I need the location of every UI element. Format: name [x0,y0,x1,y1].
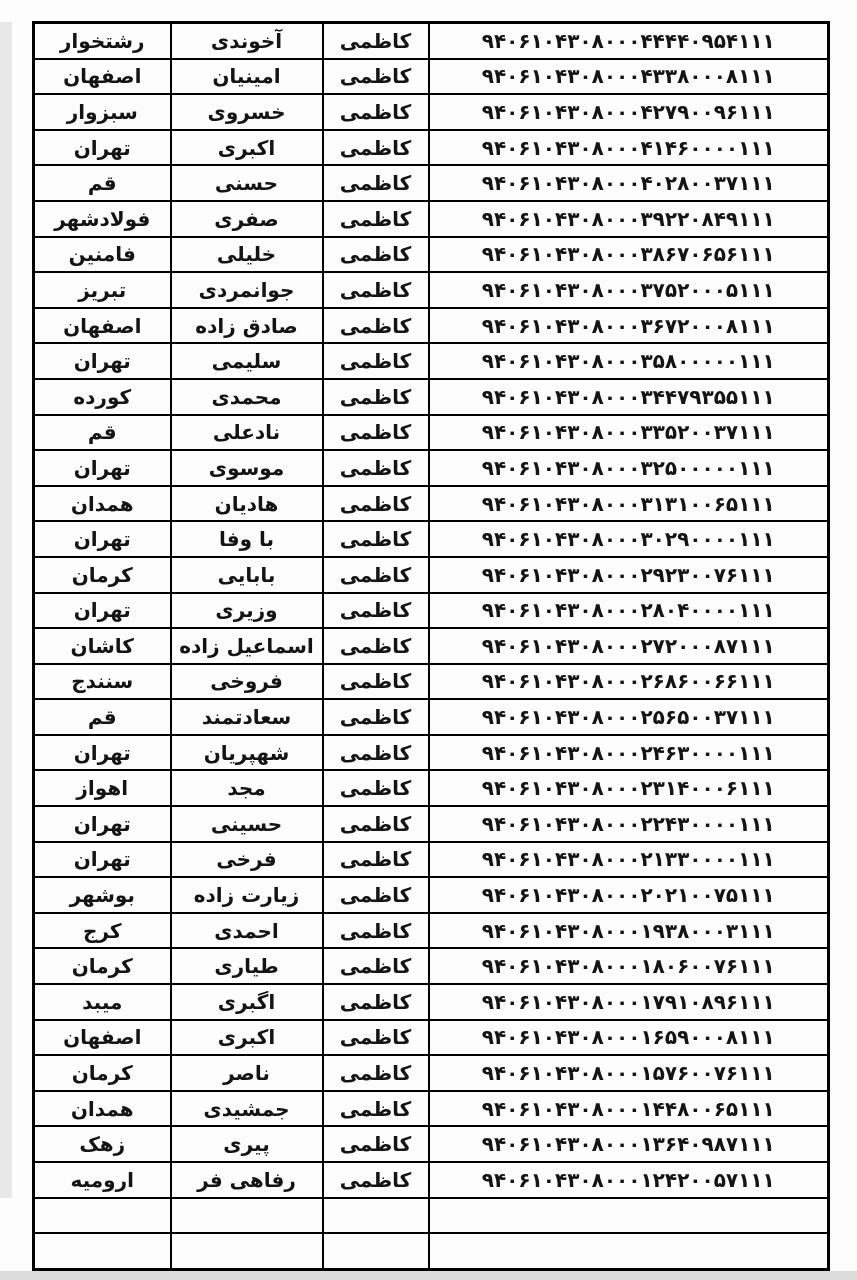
surname-cell: فرخی [171,842,323,878]
family-name-cell: کاظمی [323,984,429,1020]
surname-cell: امینیان [171,59,323,95]
city-cell: زهک [34,1126,171,1162]
table-row: همدانهادیانکاظمی۹۴۰۶۱۰۴۳۰۸۰۰۰۳۱۳۱۰۰۶۵۱۱۱ [34,486,829,522]
surname-cell: وزیری [171,593,323,629]
family-name-cell: کاظمی [323,201,429,237]
surname-cell: رفاهی فر [171,1162,323,1198]
table-row: کاشاناسماعیل زادهکاظمی۹۴۰۶۱۰۴۳۰۸۰۰۰۲۷۲۰۰… [34,628,829,664]
city-cell: سنندج [34,664,171,700]
city-cell: تهران [34,343,171,379]
family-name-cell: کاظمی [323,1126,429,1162]
surname-cell: احمدی [171,913,323,949]
table-row: تهرانموسویکاظمی۹۴۰۶۱۰۴۳۰۸۰۰۰۳۲۵۰۰۰۰۰۱۱۱ [34,450,829,486]
table-row: تهرانشهپریانکاظمی۹۴۰۶۱۰۴۳۰۸۰۰۰۲۴۶۳۰۰۰۰۱۱… [34,735,829,771]
surname-cell: سعادتمند [171,699,323,735]
table-row: تبریزجوانمردیکاظمی۹۴۰۶۱۰۴۳۰۸۰۰۰۳۷۵۲۰۰۰۵۱… [34,272,829,308]
table-row: تهرانسلیمیکاظمی۹۴۰۶۱۰۴۳۰۸۰۰۰۳۵۸۰۰۰۰۰۱۱۱ [34,343,829,379]
table-row: میبداگبریکاظمی۹۴۰۶۱۰۴۳۰۸۰۰۰۱۷۹۱۰۸۹۶۱۱۱ [34,984,829,1020]
surname-cell: جمشیدی [171,1091,323,1127]
surname-cell: مجد [171,770,323,806]
table-row: رشتخوارآخوندیکاظمی۹۴۰۶۱۰۴۳۰۸۰۰۰۴۴۴۴۰۹۵۴۱… [34,23,829,59]
city-cell: ارومیه [34,1162,171,1198]
record-number-cell: ۹۴۰۶۱۰۴۳۰۸۰۰۰۳۱۳۱۰۰۶۵۱۱۱ [429,486,829,522]
surname-cell: حسنی [171,165,323,201]
city-cell: کورده [34,379,171,415]
surname-cell: خسروی [171,94,323,130]
city-cell: بوشهر [34,877,171,913]
record-number-cell: ۹۴۰۶۱۰۴۳۰۸۰۰۰۳۸۶۷۰۶۵۶۱۱۱ [429,237,829,273]
table-row: زهکپیریکاظمی۹۴۰۶۱۰۴۳۰۸۰۰۰۱۳۶۴۰۹۸۷۱۱۱ [34,1126,829,1162]
table-row: اصفهاناکبریکاظمی۹۴۰۶۱۰۴۳۰۸۰۰۰۱۶۵۹۰۰۰۸۱۱۱ [34,1020,829,1056]
surname-cell: صفری [171,201,323,237]
city-cell: کرمان [34,1055,171,1091]
family-name-cell: کاظمی [323,343,429,379]
family-name-cell: کاظمی [323,94,429,130]
records-table: رشتخوارآخوندیکاظمی۹۴۰۶۱۰۴۳۰۸۰۰۰۴۴۴۴۰۹۵۴۱… [32,21,830,1271]
record-number-cell: ۹۴۰۶۱۰۴۳۰۸۰۰۰۱۲۴۲۰۰۵۷۱۱۱ [429,1162,829,1198]
record-number-cell: ۹۴۰۶۱۰۴۳۰۸۰۰۰۲۲۴۳۰۰۰۰۱۱۱ [429,806,829,842]
family-name-cell: کاظمی [323,59,429,95]
table-row: کرمانباباییکاظمی۹۴۰۶۱۰۴۳۰۸۰۰۰۲۹۲۳۰۰۷۶۱۱۱ [34,557,829,593]
empty-cell [429,1233,829,1269]
city-cell: رشتخوار [34,23,171,59]
surname-cell: بابایی [171,557,323,593]
table-row: فامنینخلیلیکاظمی۹۴۰۶۱۰۴۳۰۸۰۰۰۳۸۶۷۰۶۵۶۱۱۱ [34,237,829,273]
table-row: تهرانوزیریکاظمی۹۴۰۶۱۰۴۳۰۸۰۰۰۲۸۰۴۰۰۰۰۱۱۱ [34,593,829,629]
family-name-cell: کاظمی [323,379,429,415]
city-cell: فامنین [34,237,171,273]
surname-cell: هادیان [171,486,323,522]
surname-cell: شهپریان [171,735,323,771]
table-row: بوشهرزیارت زادهکاظمی۹۴۰۶۱۰۴۳۰۸۰۰۰۲۰۲۱۰۰۷… [34,877,829,913]
record-number-cell: ۹۴۰۶۱۰۴۳۰۸۰۰۰۴۲۷۹۰۰۹۶۱۱۱ [429,94,829,130]
table-row: ارومیهرفاهی فرکاظمی۹۴۰۶۱۰۴۳۰۸۰۰۰۱۲۴۲۰۰۵۷… [34,1162,829,1198]
family-name-cell: کاظمی [323,237,429,273]
family-name-cell: کاظمی [323,770,429,806]
city-cell: اصفهان [34,59,171,95]
record-number-cell: ۹۴۰۶۱۰۴۳۰۸۰۰۰۲۹۲۳۰۰۷۶۱۱۱ [429,557,829,593]
city-cell: اصفهان [34,1020,171,1056]
surname-cell: زیارت زاده [171,877,323,913]
record-number-cell: ۹۴۰۶۱۰۴۳۰۸۰۰۰۳۶۷۲۰۰۰۸۱۱۱ [429,308,829,344]
record-number-cell: ۹۴۰۶۱۰۴۳۰۸۰۰۰۴۴۴۴۰۹۵۴۱۱۱ [429,23,829,59]
family-name-cell: کاظمی [323,272,429,308]
table-row: کوردهمحمدیکاظمی۹۴۰۶۱۰۴۳۰۸۰۰۰۳۴۴۷۹۳۵۵۱۱۱ [34,379,829,415]
surname-cell: پیری [171,1126,323,1162]
empty-table-row [34,1198,829,1234]
city-cell: همدان [34,1091,171,1127]
surname-cell: آخوندی [171,23,323,59]
family-name-cell: کاظمی [323,486,429,522]
record-number-cell: ۹۴۰۶۱۰۴۳۰۸۰۰۰۱۶۵۹۰۰۰۸۱۱۱ [429,1020,829,1056]
family-name-cell: کاظمی [323,557,429,593]
table-row: تهرانفرخیکاظمی۹۴۰۶۱۰۴۳۰۸۰۰۰۲۱۳۳۰۰۰۰۱۱۱ [34,842,829,878]
scanned-document-page: رشتخوارآخوندیکاظمی۹۴۰۶۱۰۴۳۰۸۰۰۰۴۴۴۴۰۹۵۴۱… [0,0,857,1280]
family-name-cell: کاظمی [323,735,429,771]
city-cell: تهران [34,842,171,878]
surname-cell: جوانمردی [171,272,323,308]
table-row: قمسعادتمندکاظمی۹۴۰۶۱۰۴۳۰۸۰۰۰۲۵۶۵۰۰۳۷۱۱۱ [34,699,829,735]
table-row: تهرانحسینیکاظمی۹۴۰۶۱۰۴۳۰۸۰۰۰۲۲۴۳۰۰۰۰۱۱۱ [34,806,829,842]
surname-cell: خلیلی [171,237,323,273]
empty-cell [323,1233,429,1269]
empty-cell [171,1233,323,1269]
family-name-cell: کاظمی [323,308,429,344]
record-number-cell: ۹۴۰۶۱۰۴۳۰۸۰۰۰۲۷۲۰۰۰۸۷۱۱۱ [429,628,829,664]
city-cell: تهران [34,735,171,771]
family-name-cell: کاظمی [323,521,429,557]
family-name-cell: کاظمی [323,450,429,486]
city-cell: فولادشهر [34,201,171,237]
city-cell: همدان [34,486,171,522]
family-name-cell: کاظمی [323,165,429,201]
family-name-cell: کاظمی [323,1020,429,1056]
record-number-cell: ۹۴۰۶۱۰۴۳۰۸۰۰۰۳۴۴۷۹۳۵۵۱۱۱ [429,379,829,415]
city-cell: قم [34,699,171,735]
family-name-cell: کاظمی [323,1055,429,1091]
table-row: تهراناکبریکاظمی۹۴۰۶۱۰۴۳۰۸۰۰۰۴۱۴۶۰۰۰۰۱۱۱ [34,130,829,166]
city-cell: تهران [34,521,171,557]
empty-cell [34,1233,171,1269]
family-name-cell: کاظمی [323,877,429,913]
city-cell: کاشان [34,628,171,664]
city-cell: قم [34,415,171,451]
family-name-cell: کاظمی [323,806,429,842]
record-number-cell: ۹۴۰۶۱۰۴۳۰۸۰۰۰۳۹۲۲۰۸۴۹۱۱۱ [429,201,829,237]
record-number-cell: ۹۴۰۶۱۰۴۳۰۸۰۰۰۱۵۷۶۰۰۷۶۱۱۱ [429,1055,829,1091]
record-number-cell: ۹۴۰۶۱۰۴۳۰۸۰۰۰۳۰۲۹۰۰۰۰۱۱۱ [429,521,829,557]
table-row: کرمانناصرکاظمی۹۴۰۶۱۰۴۳۰۸۰۰۰۱۵۷۶۰۰۷۶۱۱۱ [34,1055,829,1091]
empty-cell [323,1198,429,1234]
empty-cell [34,1198,171,1234]
record-number-cell: ۹۴۰۶۱۰۴۳۰۸۰۰۰۴۰۲۸۰۰۳۷۱۱۱ [429,165,829,201]
family-name-cell: کاظمی [323,948,429,984]
surname-cell: فروخی [171,664,323,700]
surname-cell: اکبری [171,1020,323,1056]
table-row: قمنادعلیکاظمی۹۴۰۶۱۰۴۳۰۸۰۰۰۳۳۵۲۰۰۳۷۱۱۱ [34,415,829,451]
record-number-cell: ۹۴۰۶۱۰۴۳۰۸۰۰۰۳۷۵۲۰۰۰۵۱۱۱ [429,272,829,308]
surname-cell: اکبری [171,130,323,166]
record-number-cell: ۹۴۰۶۱۰۴۳۰۸۰۰۰۲۳۱۴۰۰۰۶۱۱۱ [429,770,829,806]
city-cell: کرج [34,913,171,949]
scan-edge-bottom [0,1271,857,1280]
surname-cell: ناصر [171,1055,323,1091]
table-row: کرمانطیاریکاظمی۹۴۰۶۱۰۴۳۰۸۰۰۰۱۸۰۶۰۰۷۶۱۱۱ [34,948,829,984]
surname-cell: صادق زاده [171,308,323,344]
family-name-cell: کاظمی [323,23,429,59]
family-name-cell: کاظمی [323,628,429,664]
record-number-cell: ۹۴۰۶۱۰۴۳۰۸۰۰۰۱۸۰۶۰۰۷۶۱۱۱ [429,948,829,984]
record-number-cell: ۹۴۰۶۱۰۴۳۰۸۰۰۰۱۴۴۸۰۰۶۵۱۱۱ [429,1091,829,1127]
table-row: اهوازمجدکاظمی۹۴۰۶۱۰۴۳۰۸۰۰۰۲۳۱۴۰۰۰۶۱۱۱ [34,770,829,806]
empty-table-row [34,1233,829,1269]
table-row: اصفهانصادق زادهکاظمی۹۴۰۶۱۰۴۳۰۸۰۰۰۳۶۷۲۰۰۰… [34,308,829,344]
city-cell: تهران [34,593,171,629]
record-number-cell: ۹۴۰۶۱۰۴۳۰۸۰۰۰۱۳۶۴۰۹۸۷۱۱۱ [429,1126,829,1162]
table-row: سبزوارخسرویکاظمی۹۴۰۶۱۰۴۳۰۸۰۰۰۴۲۷۹۰۰۹۶۱۱۱ [34,94,829,130]
record-number-cell: ۹۴۰۶۱۰۴۳۰۸۰۰۰۲۴۶۳۰۰۰۰۱۱۱ [429,735,829,771]
city-cell: سبزوار [34,94,171,130]
empty-cell [171,1198,323,1234]
record-number-cell: ۹۴۰۶۱۰۴۳۰۸۰۰۰۳۳۵۲۰۰۳۷۱۱۱ [429,415,829,451]
table-row: کرجاحمدیکاظمی۹۴۰۶۱۰۴۳۰۸۰۰۰۱۹۳۸۰۰۰۳۱۱۱ [34,913,829,949]
record-number-cell: ۹۴۰۶۱۰۴۳۰۸۰۰۰۲۱۳۳۰۰۰۰۱۱۱ [429,842,829,878]
family-name-cell: کاظمی [323,593,429,629]
table-row: سنندجفروخیکاظمی۹۴۰۶۱۰۴۳۰۸۰۰۰۲۶۸۶۰۰۶۶۱۱۱ [34,664,829,700]
city-cell: کرمان [34,557,171,593]
family-name-cell: کاظمی [323,415,429,451]
record-number-cell: ۹۴۰۶۱۰۴۳۰۸۰۰۰۲۶۸۶۰۰۶۶۱۱۱ [429,664,829,700]
table-row: فولادشهرصفریکاظمی۹۴۰۶۱۰۴۳۰۸۰۰۰۳۹۲۲۰۸۴۹۱۱… [34,201,829,237]
table-row: همدانجمشیدیکاظمی۹۴۰۶۱۰۴۳۰۸۰۰۰۱۴۴۸۰۰۶۵۱۱۱ [34,1091,829,1127]
surname-cell: محمدی [171,379,323,415]
city-cell: قم [34,165,171,201]
surname-cell: با وفا [171,521,323,557]
table-row: تهرانبا وفاکاظمی۹۴۰۶۱۰۴۳۰۸۰۰۰۳۰۲۹۰۰۰۰۱۱۱ [34,521,829,557]
table-row: قمحسنیکاظمی۹۴۰۶۱۰۴۳۰۸۰۰۰۴۰۲۸۰۰۳۷۱۱۱ [34,165,829,201]
family-name-cell: کاظمی [323,664,429,700]
record-number-cell: ۹۴۰۶۱۰۴۳۰۸۰۰۰۴۱۴۶۰۰۰۰۱۱۱ [429,130,829,166]
city-cell: تبریز [34,272,171,308]
record-number-cell: ۹۴۰۶۱۰۴۳۰۸۰۰۰۳۵۸۰۰۰۰۰۱۱۱ [429,343,829,379]
surname-cell: حسینی [171,806,323,842]
surname-cell: طیاری [171,948,323,984]
record-number-cell: ۹۴۰۶۱۰۴۳۰۸۰۰۰۲۸۰۴۰۰۰۰۱۱۱ [429,593,829,629]
surname-cell: نادعلی [171,415,323,451]
family-name-cell: کاظمی [323,1091,429,1127]
city-cell: اصفهان [34,308,171,344]
surname-cell: اسماعیل زاده [171,628,323,664]
family-name-cell: کاظمی [323,130,429,166]
record-number-cell: ۹۴۰۶۱۰۴۳۰۸۰۰۰۲۵۶۵۰۰۳۷۱۱۱ [429,699,829,735]
record-number-cell: ۹۴۰۶۱۰۴۳۰۸۰۰۰۲۰۲۱۰۰۷۵۱۱۱ [429,877,829,913]
record-number-cell: ۹۴۰۶۱۰۴۳۰۸۰۰۰۱۹۳۸۰۰۰۳۱۱۱ [429,913,829,949]
surname-cell: موسوی [171,450,323,486]
city-cell: اهواز [34,770,171,806]
table-body: رشتخوارآخوندیکاظمی۹۴۰۶۱۰۴۳۰۸۰۰۰۴۴۴۴۰۹۵۴۱… [34,23,829,1270]
family-name-cell: کاظمی [323,699,429,735]
record-number-cell: ۹۴۰۶۱۰۴۳۰۸۰۰۰۴۳۳۸۰۰۰۸۱۱۱ [429,59,829,95]
empty-cell [429,1198,829,1234]
city-cell: تهران [34,130,171,166]
family-name-cell: کاظمی [323,913,429,949]
family-name-cell: کاظمی [323,842,429,878]
city-cell: تهران [34,806,171,842]
city-cell: میبد [34,984,171,1020]
table-row: اصفهانامینیانکاظمی۹۴۰۶۱۰۴۳۰۸۰۰۰۴۳۳۸۰۰۰۸۱… [34,59,829,95]
city-cell: تهران [34,450,171,486]
city-cell: کرمان [34,948,171,984]
surname-cell: سلیمی [171,343,323,379]
record-number-cell: ۹۴۰۶۱۰۴۳۰۸۰۰۰۳۲۵۰۰۰۰۰۱۱۱ [429,450,829,486]
family-name-cell: کاظمی [323,1162,429,1198]
record-number-cell: ۹۴۰۶۱۰۴۳۰۸۰۰۰۱۷۹۱۰۸۹۶۱۱۱ [429,984,829,1020]
scan-edge-left [0,22,12,1198]
surname-cell: اگبری [171,984,323,1020]
